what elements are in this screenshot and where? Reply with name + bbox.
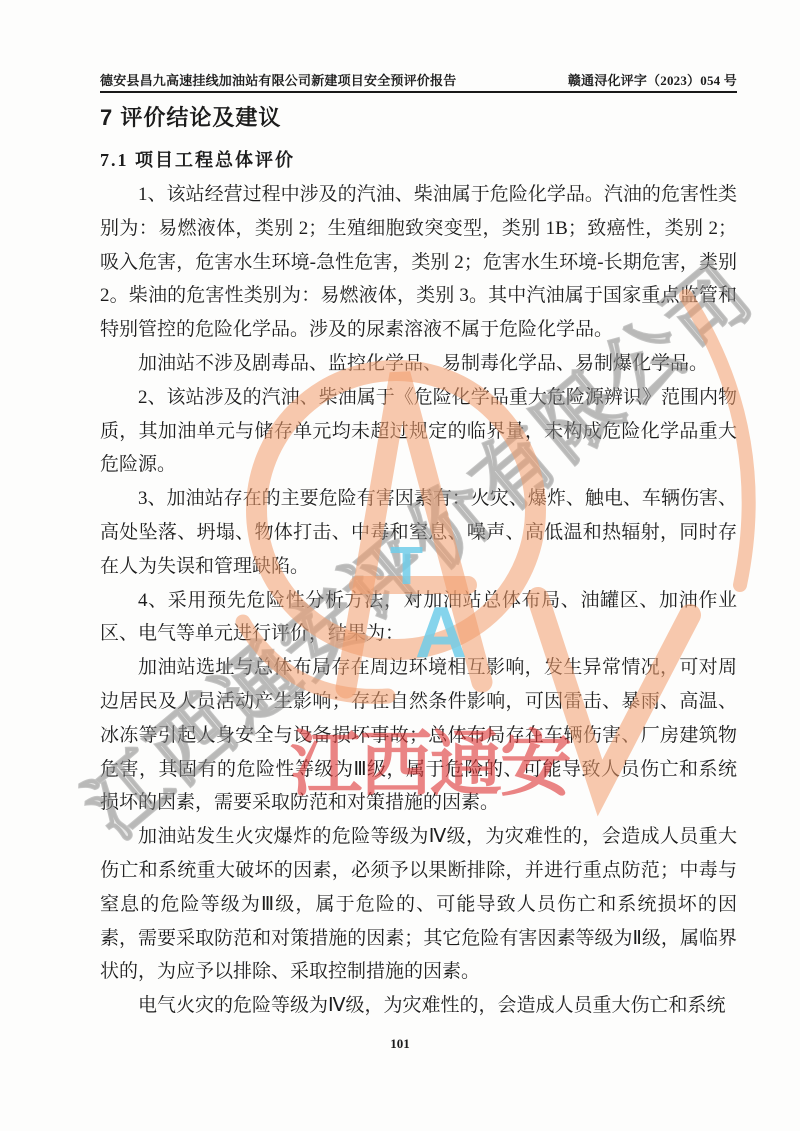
report-page: 德安县昌九高速挂线加油站有限公司新建项目安全预评价报告 赣通浔化评字（2023）… bbox=[0, 0, 800, 1131]
body-paragraph: 1、该站经营过程中涉及的汽油、柴油属于危险化学品。汽油的危害性类别为：易燃液体，… bbox=[100, 178, 737, 347]
section-title: 7 评价结论及建议 bbox=[100, 101, 281, 132]
body-paragraph: 2、该站涉及的汽油、柴油属于《危险化学品重大危险源辨识》范围内物质，其加油单元与… bbox=[100, 381, 737, 482]
page-header: 德安县昌九高速挂线加油站有限公司新建项目安全预评价报告 赣通浔化评字（2023）… bbox=[100, 70, 737, 89]
subsection-title: 7.1 项目工程总体评价 bbox=[100, 146, 295, 172]
body-paragraph: 3、加油站存在的主要危险有害因素有：火灾、爆炸、触电、车辆伤害、高处坠落、坍塌、… bbox=[100, 482, 737, 583]
body-paragraph: 4、采用预先危险性分析方法，对加油站总体布局、油罐区、加油作业区、电气等单元进行… bbox=[100, 584, 737, 652]
header-left-title: 德安县昌九高速挂线加油站有限公司新建项目安全预评价报告 bbox=[100, 70, 456, 89]
body-text: 1、该站经营过程中涉及的汽油、柴油属于危险化学品。汽油的危害性类别为：易燃液体，… bbox=[100, 178, 737, 1023]
body-paragraph: 加油站不涉及剧毒品、监控化学品、易制毒化学品、易制爆化学品。 bbox=[100, 347, 737, 381]
body-paragraph: 加油站发生火灾爆炸的危险等级为Ⅳ级，为灾难性的，会造成人员重大伤亡和系统重大破坏… bbox=[100, 820, 737, 989]
body-paragraph: 加油站选址与总体布局存在周边环境相互影响，发生异常情况，可对周边居民及人员活动产… bbox=[100, 651, 737, 820]
page-number: 101 bbox=[0, 1036, 800, 1052]
header-right-doc-number: 赣通浔化评字（2023）054 号 bbox=[568, 70, 737, 89]
body-paragraph: 电气火灾的危险等级为Ⅳ级，为灾难性的，会造成人员重大伤亡和系统 bbox=[100, 989, 737, 1023]
header-divider bbox=[100, 91, 737, 93]
